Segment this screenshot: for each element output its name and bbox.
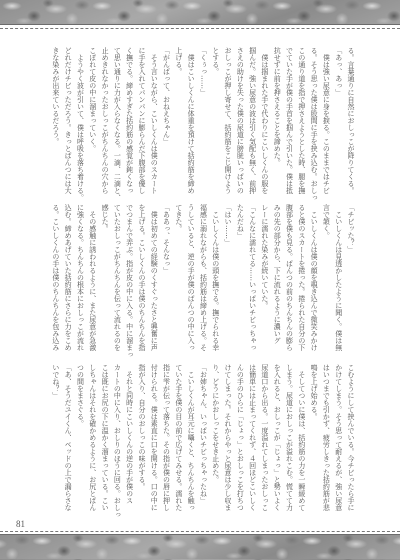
text-column: こいしくんは見透かしたように聞く。僕は無 bbox=[332, 204, 344, 352]
text-column: そしてついに僕は、括約筋の力を一瞬緩めて bbox=[296, 364, 308, 512]
text-column: さえの助けを失った僕の尿道に膀胱いっぱいの bbox=[234, 47, 246, 195]
text-tier-middle: 「チビッた？」 こいしくんは見透かしたように聞く。僕は無 言で頷く。 こいしくん… bbox=[49, 204, 357, 352]
text-column: こいしくんが耳元に囁くと、ちんちんを触っ bbox=[185, 364, 197, 512]
text-column: 上げる。 bbox=[173, 47, 185, 195]
text-column: 尿道口から出る。一度溢れてしまったおしっこ bbox=[259, 364, 271, 512]
text-column: 「あ、そうだユイくん、ベッドの上で漏らさな bbox=[62, 364, 74, 512]
text-column: ていた手を僕の目の前で広げてみせる。濡れた bbox=[173, 364, 185, 512]
text-column: みの先の部分から、下に流れるように濃いグ bbox=[271, 204, 283, 352]
text-column: とする。 bbox=[209, 47, 221, 195]
text-column: 「あっ、あっ」 bbox=[332, 47, 344, 195]
text-column: きな染みが出来ているだろう。 bbox=[50, 47, 62, 195]
text-tier-bottom: こむようにして挟んでいる。今チビったら手に かけてしまう。そう思って耐えるが、強… bbox=[49, 364, 357, 512]
text-column: そう言いながら、こいしくんは僕のスカート bbox=[148, 47, 160, 195]
text-column: カートの中に入り、おしりのほうに回る。おしっ bbox=[111, 364, 123, 512]
text-column: この通り道を指で押さえようとした時、腿を撫 bbox=[296, 47, 308, 195]
text-column: て思い通りに力が入らなくなる。一滴、二滴と、 bbox=[111, 47, 123, 195]
text-column: 言で頷く。 bbox=[320, 204, 332, 352]
text-column: こぼれて皮の中に溜まっていく。 bbox=[86, 47, 98, 195]
text-column: その感触に誘われるように、また尿意が急激 bbox=[86, 204, 98, 352]
text-column: 「こんなに濡れてる……いっぱいチビっちゃっ bbox=[246, 204, 258, 352]
text-column: かけてしまう。そう思って耐えるが、強い尿意 bbox=[332, 364, 344, 512]
text-column: る。こいしくんの手は僕のちんちんを包み込み bbox=[50, 204, 62, 352]
text-column: 「ああっ、そんなっ」 bbox=[160, 204, 172, 352]
text-column: しちゃんはそれを確かめるように、お尻とぱん bbox=[86, 364, 98, 512]
page-number: 81 bbox=[16, 519, 25, 529]
text-column: を入れると、おしっこが「じょっ」と勢いよく bbox=[271, 364, 283, 512]
text-column: うしていると、逆の手が僕のぱんつの中に入っ bbox=[185, 204, 197, 352]
text-column: ようやく波が引いて、僕は呼吸を落ち着ける。 bbox=[74, 47, 86, 195]
text-column: 「はい……」 bbox=[222, 204, 234, 352]
text-column: いでね？」 bbox=[50, 364, 62, 512]
text-column: 抗せずに前を押さえることを諦めた。 bbox=[271, 47, 283, 195]
footer-dashed-rule bbox=[0, 531, 400, 532]
text-column: 付けられる。僕は素直に口を開ける。口の中に bbox=[148, 364, 160, 512]
text-column: 「お姉ちゃん、いっぱいチビっちゃったね」 bbox=[197, 364, 209, 512]
text-column: 鳴を上げ始める。 bbox=[308, 364, 320, 512]
text-column: 「くぅっ……」 bbox=[197, 47, 209, 195]
text-column: こいしくんは僕の頭を撫でる。撫でられる幸 bbox=[209, 204, 221, 352]
text-column: たんだね」 bbox=[234, 204, 246, 352]
text-column: に手を入れてパンパンに膨らんだ下腹部を優し bbox=[136, 47, 148, 195]
text-column: こは既にお尻の下に温かく溜まっている。こい bbox=[99, 364, 111, 512]
text-column: しまう。尿道におしっこが溢れこむ。慌てて力 bbox=[283, 364, 295, 512]
text-column: 福感に溺れながらも、括約筋は締め上げる。そ bbox=[197, 204, 209, 352]
text-column: ていたおしっこがちんちんを伝って流れるのを bbox=[111, 204, 123, 352]
text-column: は簡単には止まってくれず、４回ほどこいしく bbox=[246, 364, 258, 512]
text-column: ると僕のスカートを捲った。捲られた自分の下 bbox=[296, 204, 308, 352]
text-column: 感じた。 bbox=[99, 204, 111, 352]
text-column: んの手のひらに「じょっ」とおしっこを打ちつ bbox=[234, 364, 246, 512]
text-column: てきた。 bbox=[173, 204, 185, 352]
text-column: る。言葉通りに自然におしっこが降りてくる。 bbox=[345, 47, 357, 195]
text-column: 「がんばって、おねえちゃん」 bbox=[160, 47, 172, 195]
text-column: く撫でる。締めすぎた括約筋の感覚が鈍くなっ bbox=[123, 47, 135, 195]
text-column: 腹部を僕も見る。ぱんつの前のちんちんの膨ら bbox=[283, 204, 295, 352]
header-dashed-rule bbox=[0, 28, 400, 29]
text-column: レーに濡れた染みが続いていた。 bbox=[259, 204, 271, 352]
text-column: を上げる。こいしくんの手は僕のちんちんを指 bbox=[136, 204, 148, 352]
text-column: 掴んだ。強い尿意の波は引く気配も無く、前押 bbox=[246, 47, 258, 195]
text-column: に強くなる。ちんちんの根本におしっこが流れ bbox=[74, 204, 86, 352]
text-column: つの間をまさぐる。 bbox=[74, 364, 86, 512]
text-column: 止めきれなかったおしっこがちんちんの穴から bbox=[99, 47, 111, 195]
text-column: おしっこが押し寄せて、括約筋をこじ開けよう bbox=[222, 47, 234, 195]
text-column: 込む。締めあげていた括約筋にさらに力をこめ bbox=[62, 204, 74, 352]
text-column: り、どうにかおしっこをせき止めた。 bbox=[209, 364, 221, 512]
text-column: どれだけチビっただろう。きっとぱんつには大 bbox=[62, 47, 74, 195]
text-column: 「チビッた？」 bbox=[345, 204, 357, 352]
text-column: こいしくんは僕の顔を覗き込んで微笑みかけ bbox=[308, 204, 320, 352]
text-column: 僕は強い尿意に身を捩る。このままではチビ bbox=[320, 47, 332, 195]
text-column: 僕はこいしくんに体重を預けて括約筋を締め bbox=[185, 47, 197, 195]
header-leaf-banner bbox=[0, 0, 400, 25]
text-column: でていた手が僕の手首を掴んで引いた。僕は抵 bbox=[283, 47, 295, 195]
text-column: 僕は掴まれた手で代わりにこいしくんの服を bbox=[259, 47, 271, 195]
text-column: 指に雫が伝って落ちた。その指が僕の唇に押し bbox=[160, 364, 172, 512]
footer-leaf-banner bbox=[0, 534, 400, 560]
text-column: けてしまった。それからやっと尿意は少し収ま bbox=[222, 364, 234, 512]
text-column: はいつまでも引かず、疲労しきった括約筋が悲 bbox=[320, 364, 332, 512]
text-column: 僕は初めての経験のくすぐったさと興奮に声 bbox=[148, 204, 160, 352]
text-column: 指が入り、自分のおしっこの味がする。 bbox=[136, 364, 148, 512]
text-column: でつまんで弄ぶ。指が皮の中に入る。中に溜まっ bbox=[123, 204, 135, 352]
text-column: こむようにして挟んでいる。今チビったら手に bbox=[345, 364, 357, 512]
text-tier-top: る。言葉通りに自然におしっこが降りてくる。 「あっ、あっ」 僕は強い尿意に身を捩… bbox=[49, 47, 357, 195]
text-column: それと同時にこいしくんの逆の手が僕のス bbox=[123, 364, 135, 512]
text-column: る。そう思った僕は股間に手を挟み込む。おしっ bbox=[308, 47, 320, 195]
